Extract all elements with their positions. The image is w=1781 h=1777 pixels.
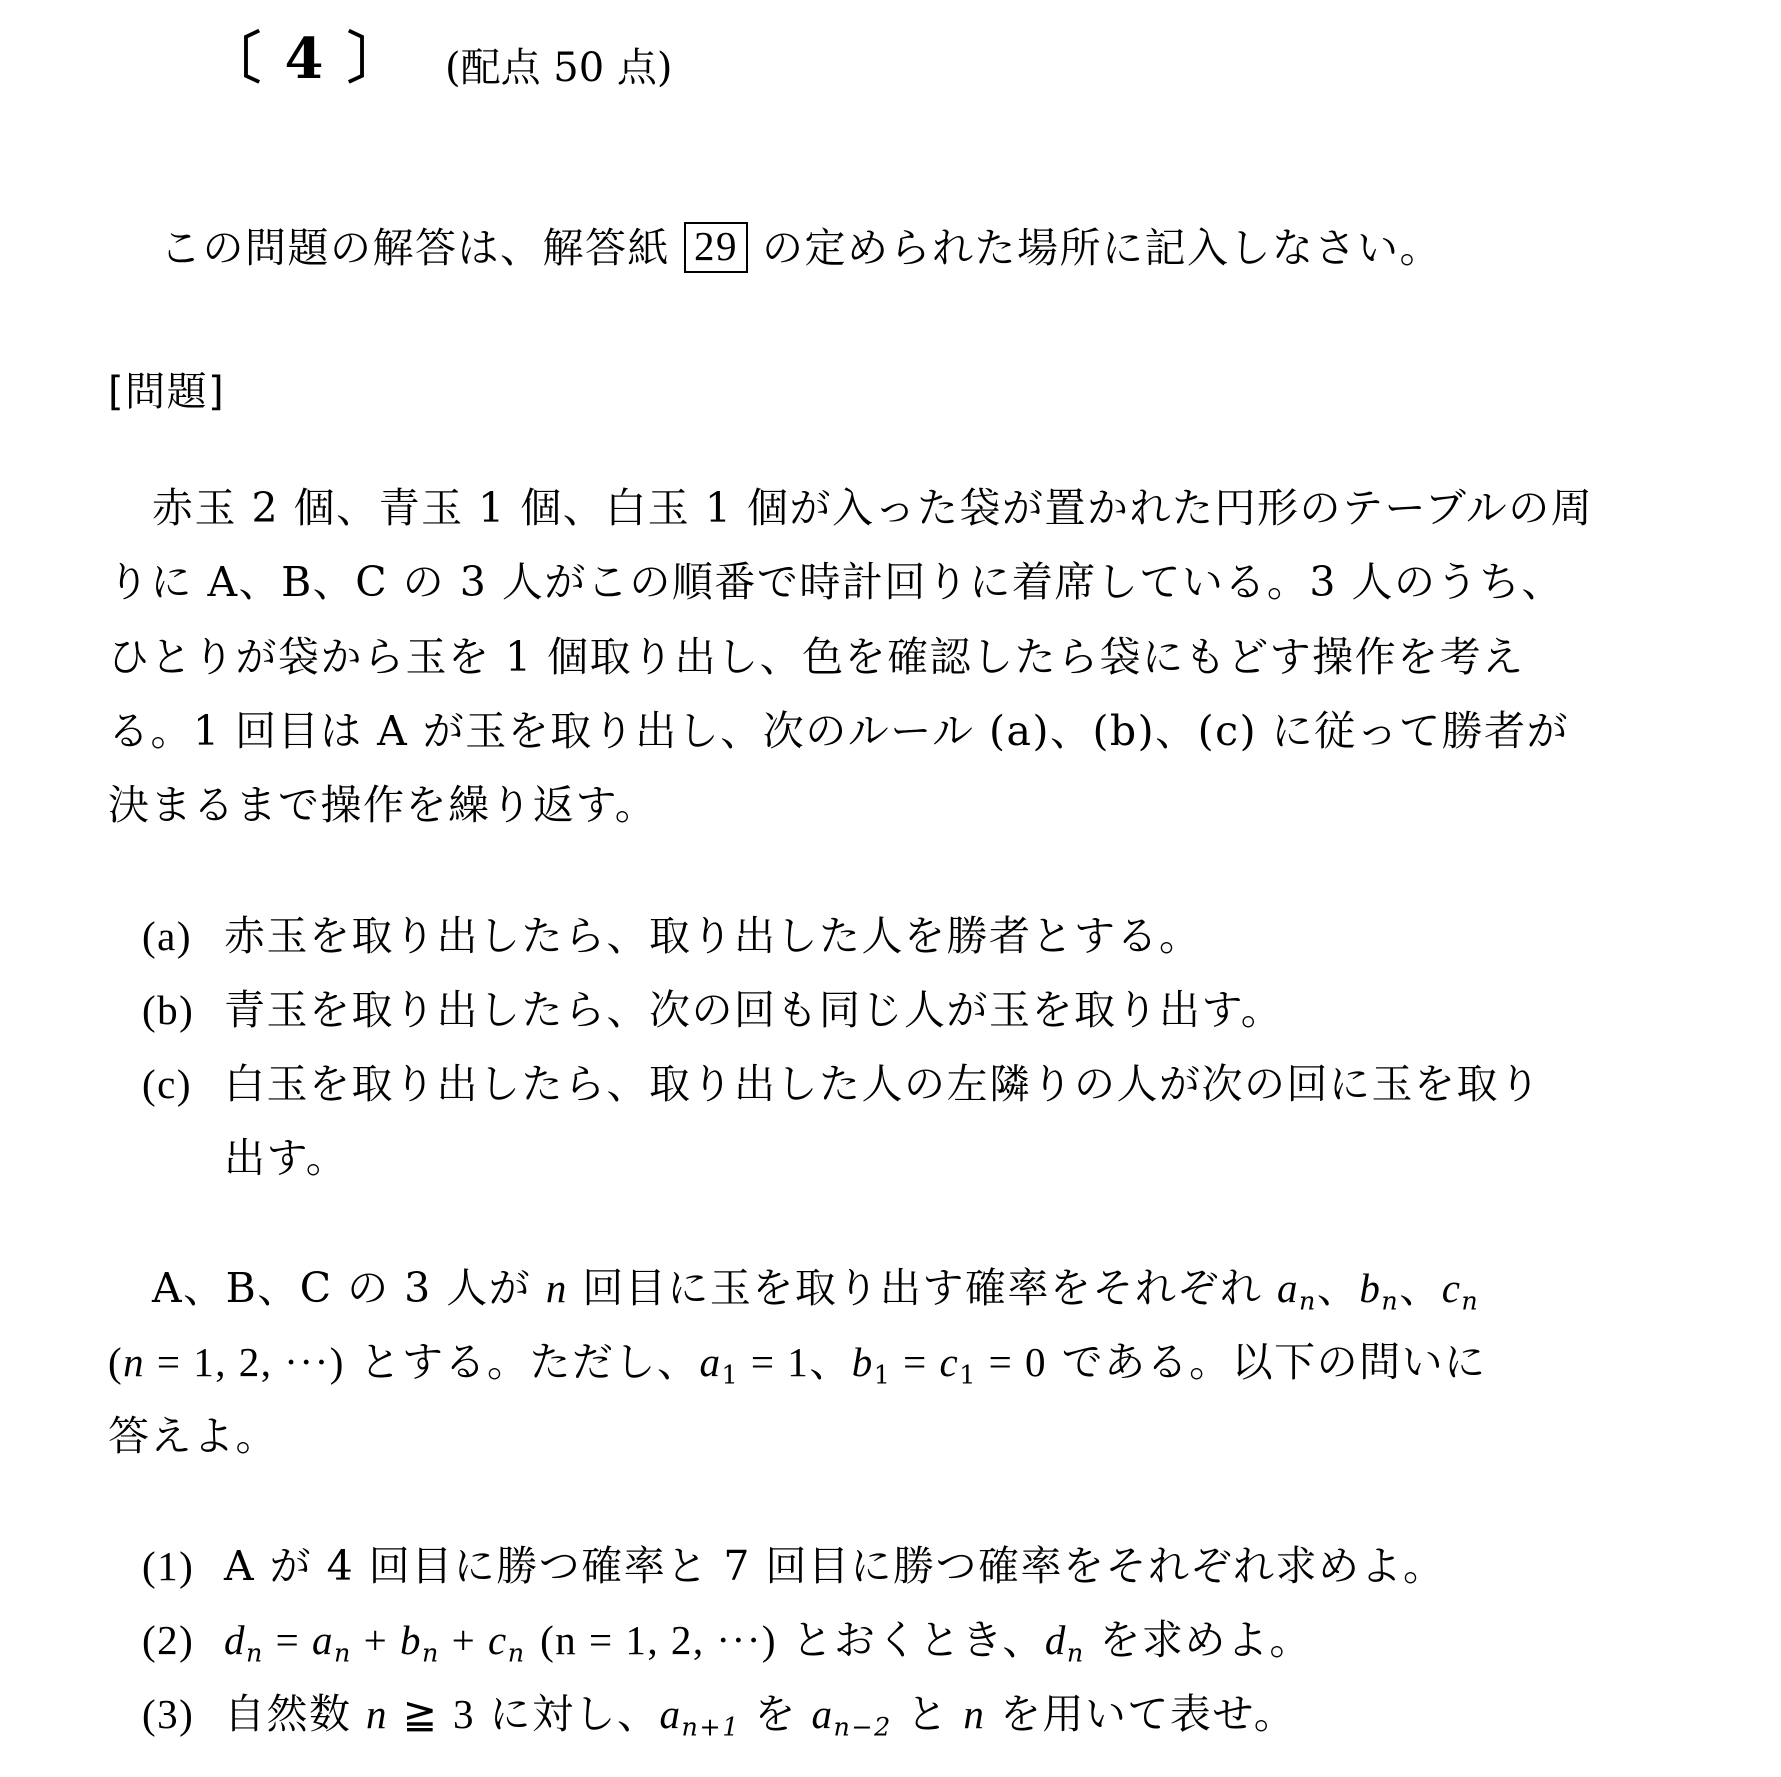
rule-item: (a)赤玉を取り出したら、取り出した人を勝者とする。	[142, 916, 1202, 957]
definition-line: A、B、C の 3 人が n 回目に玉を取り出す確率をそれぞれ an、bn、cn	[152, 1268, 1479, 1309]
question-text: A が 4 回目に勝つ確率と 7 回目に勝つ確率をそれぞれ求めよ。	[224, 1542, 1445, 1590]
intro-line: 決まるまで操作を繰り返す。	[108, 785, 657, 826]
exam-page: 〔 4 〕 (配点 50 点) この問題の解答は、解答紙29の定められた場所に記…	[0, 0, 1781, 1777]
definition-line: (n = 1, 2, ···) とする。ただし、a1 = 1、b1 = c1 =…	[108, 1342, 1487, 1383]
rule-item: (c)白玉を取り出したら、取り出した人の左隣りの人が次の回に玉を取り	[142, 1064, 1542, 1105]
section-label: [問題]	[108, 372, 225, 412]
rule-item: (b)青玉を取り出したら、次の回も同じ人が玉を取り出す。	[142, 990, 1283, 1031]
problem-number: 〔 4 〕	[205, 31, 405, 87]
question-item: (3)自然数 n ≧ 3 に対し、an+1 を an−2 と n を用いて表せ。	[142, 1694, 1296, 1735]
intro-line: りに A、B、C の 3 人がこの順番で時計回りに着席している。3 人のうち、	[108, 562, 1564, 603]
rule-label: (b)	[142, 990, 224, 1031]
rule-label: (a)	[142, 916, 224, 957]
intro-line: 赤玉 2 個、青玉 1 個、白玉 1 個が入った袋が置かれた円形のテーブルの周	[152, 488, 1593, 529]
question-label: (2)	[142, 1620, 224, 1661]
problem-header: 〔 4 〕 (配点 50 点)	[205, 30, 673, 87]
points-allocation: (配点 50 点)	[445, 36, 673, 93]
question-label: (1)	[142, 1546, 224, 1587]
definition-line: 答えよ。	[108, 1416, 278, 1457]
answer-sheet-box-number: 29	[684, 222, 748, 273]
question-item: (2)dn = an + bn + cn (n = 1, 2, ···) とおく…	[142, 1620, 1312, 1661]
question-label: (3)	[142, 1694, 224, 1735]
answer-instruction: この問題の解答は、解答紙29の定められた場所に記入しなさい。	[160, 224, 1442, 275]
rule-continuation: 出す。	[224, 1138, 348, 1179]
question-item: (1)A が 4 回目に勝つ確率と 7 回目に勝つ確率をそれぞれ求めよ。	[142, 1546, 1445, 1587]
rule-label: (c)	[142, 1064, 224, 1105]
intro-line: ひとりが袋から玉を 1 個取り出し、色を確認したら袋にもどす操作を考え	[108, 637, 1525, 678]
rule-text: 赤玉を取り出したら、取り出した人を勝者とする。	[224, 912, 1202, 960]
rule-text: 白玉を取り出したら、取り出した人の左隣りの人が次の回に玉を取り	[224, 1060, 1542, 1108]
rule-text: 青玉を取り出したら、次の回も同じ人が玉を取り出す。	[224, 986, 1283, 1034]
intro-line: る。1 回目は A が玉を取り出し、次のルール (a)、(b)、(c) に従って…	[108, 711, 1569, 752]
